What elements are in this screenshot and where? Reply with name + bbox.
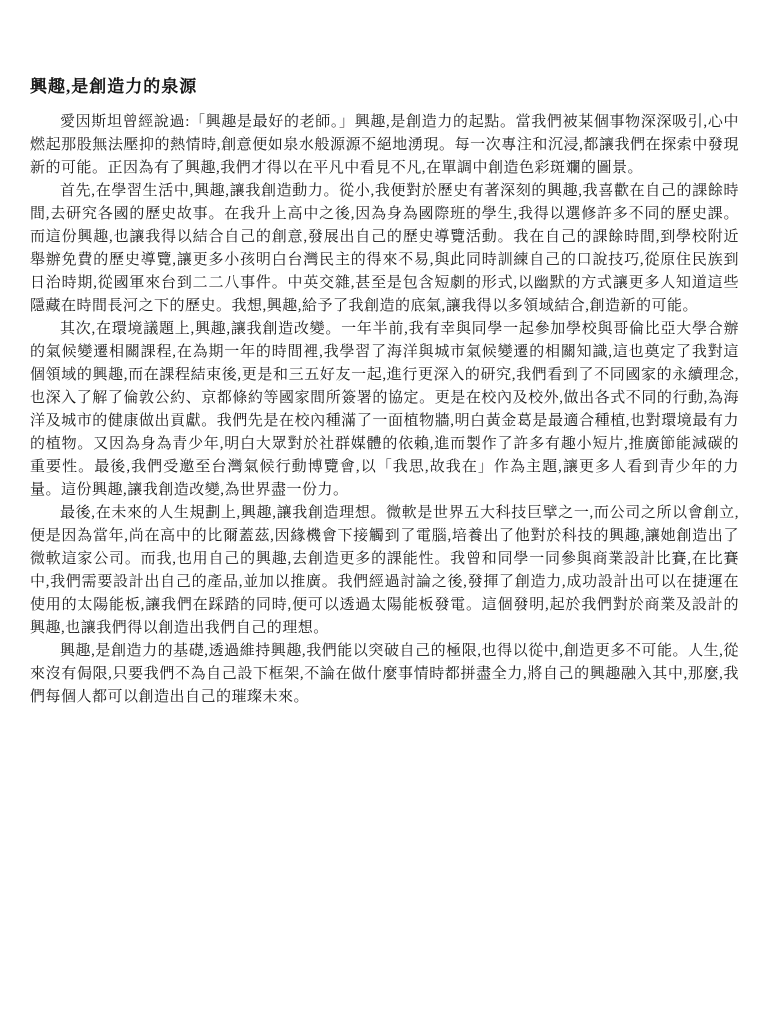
essay-title: 興趣,是創造力的泉源 xyxy=(30,72,739,97)
document-page: 興趣,是創造力的泉源 愛因斯坦曾經說過:「興趣是最好的老師。」興趣,是創造力的起… xyxy=(0,0,768,1024)
essay-paragraph: 其次,在環境議題上,興趣,讓我創造改變。一年半前,我有幸與同學一起參加學校與哥倫… xyxy=(30,318,739,502)
essay-body: 愛因斯坦曾經說過:「興趣是最好的老師。」興趣,是創造力的起點。當我們被某個事物深… xyxy=(30,111,739,709)
document-content: 興趣,是創造力的泉源 愛因斯坦曾經說過:「興趣是最好的老師。」興趣,是創造力的起… xyxy=(0,0,768,709)
essay-paragraph: 首先,在學習生活中,興趣,讓我創造動力。從小,我便對於歷史有著深刻的興趣,我喜歡… xyxy=(30,180,739,318)
essay-paragraph: 最後,在未來的人生規劃上,興趣,讓我創造理想。微軟是世界五大科技巨擘之一,而公司… xyxy=(30,502,739,640)
essay-paragraph: 興趣,是創造力的基礎,透過維持興趣,我們能以突破自己的極限,也得以從中,創造更多… xyxy=(30,640,739,709)
essay-paragraph: 愛因斯坦曾經說過:「興趣是最好的老師。」興趣,是創造力的起點。當我們被某個事物深… xyxy=(30,111,739,180)
